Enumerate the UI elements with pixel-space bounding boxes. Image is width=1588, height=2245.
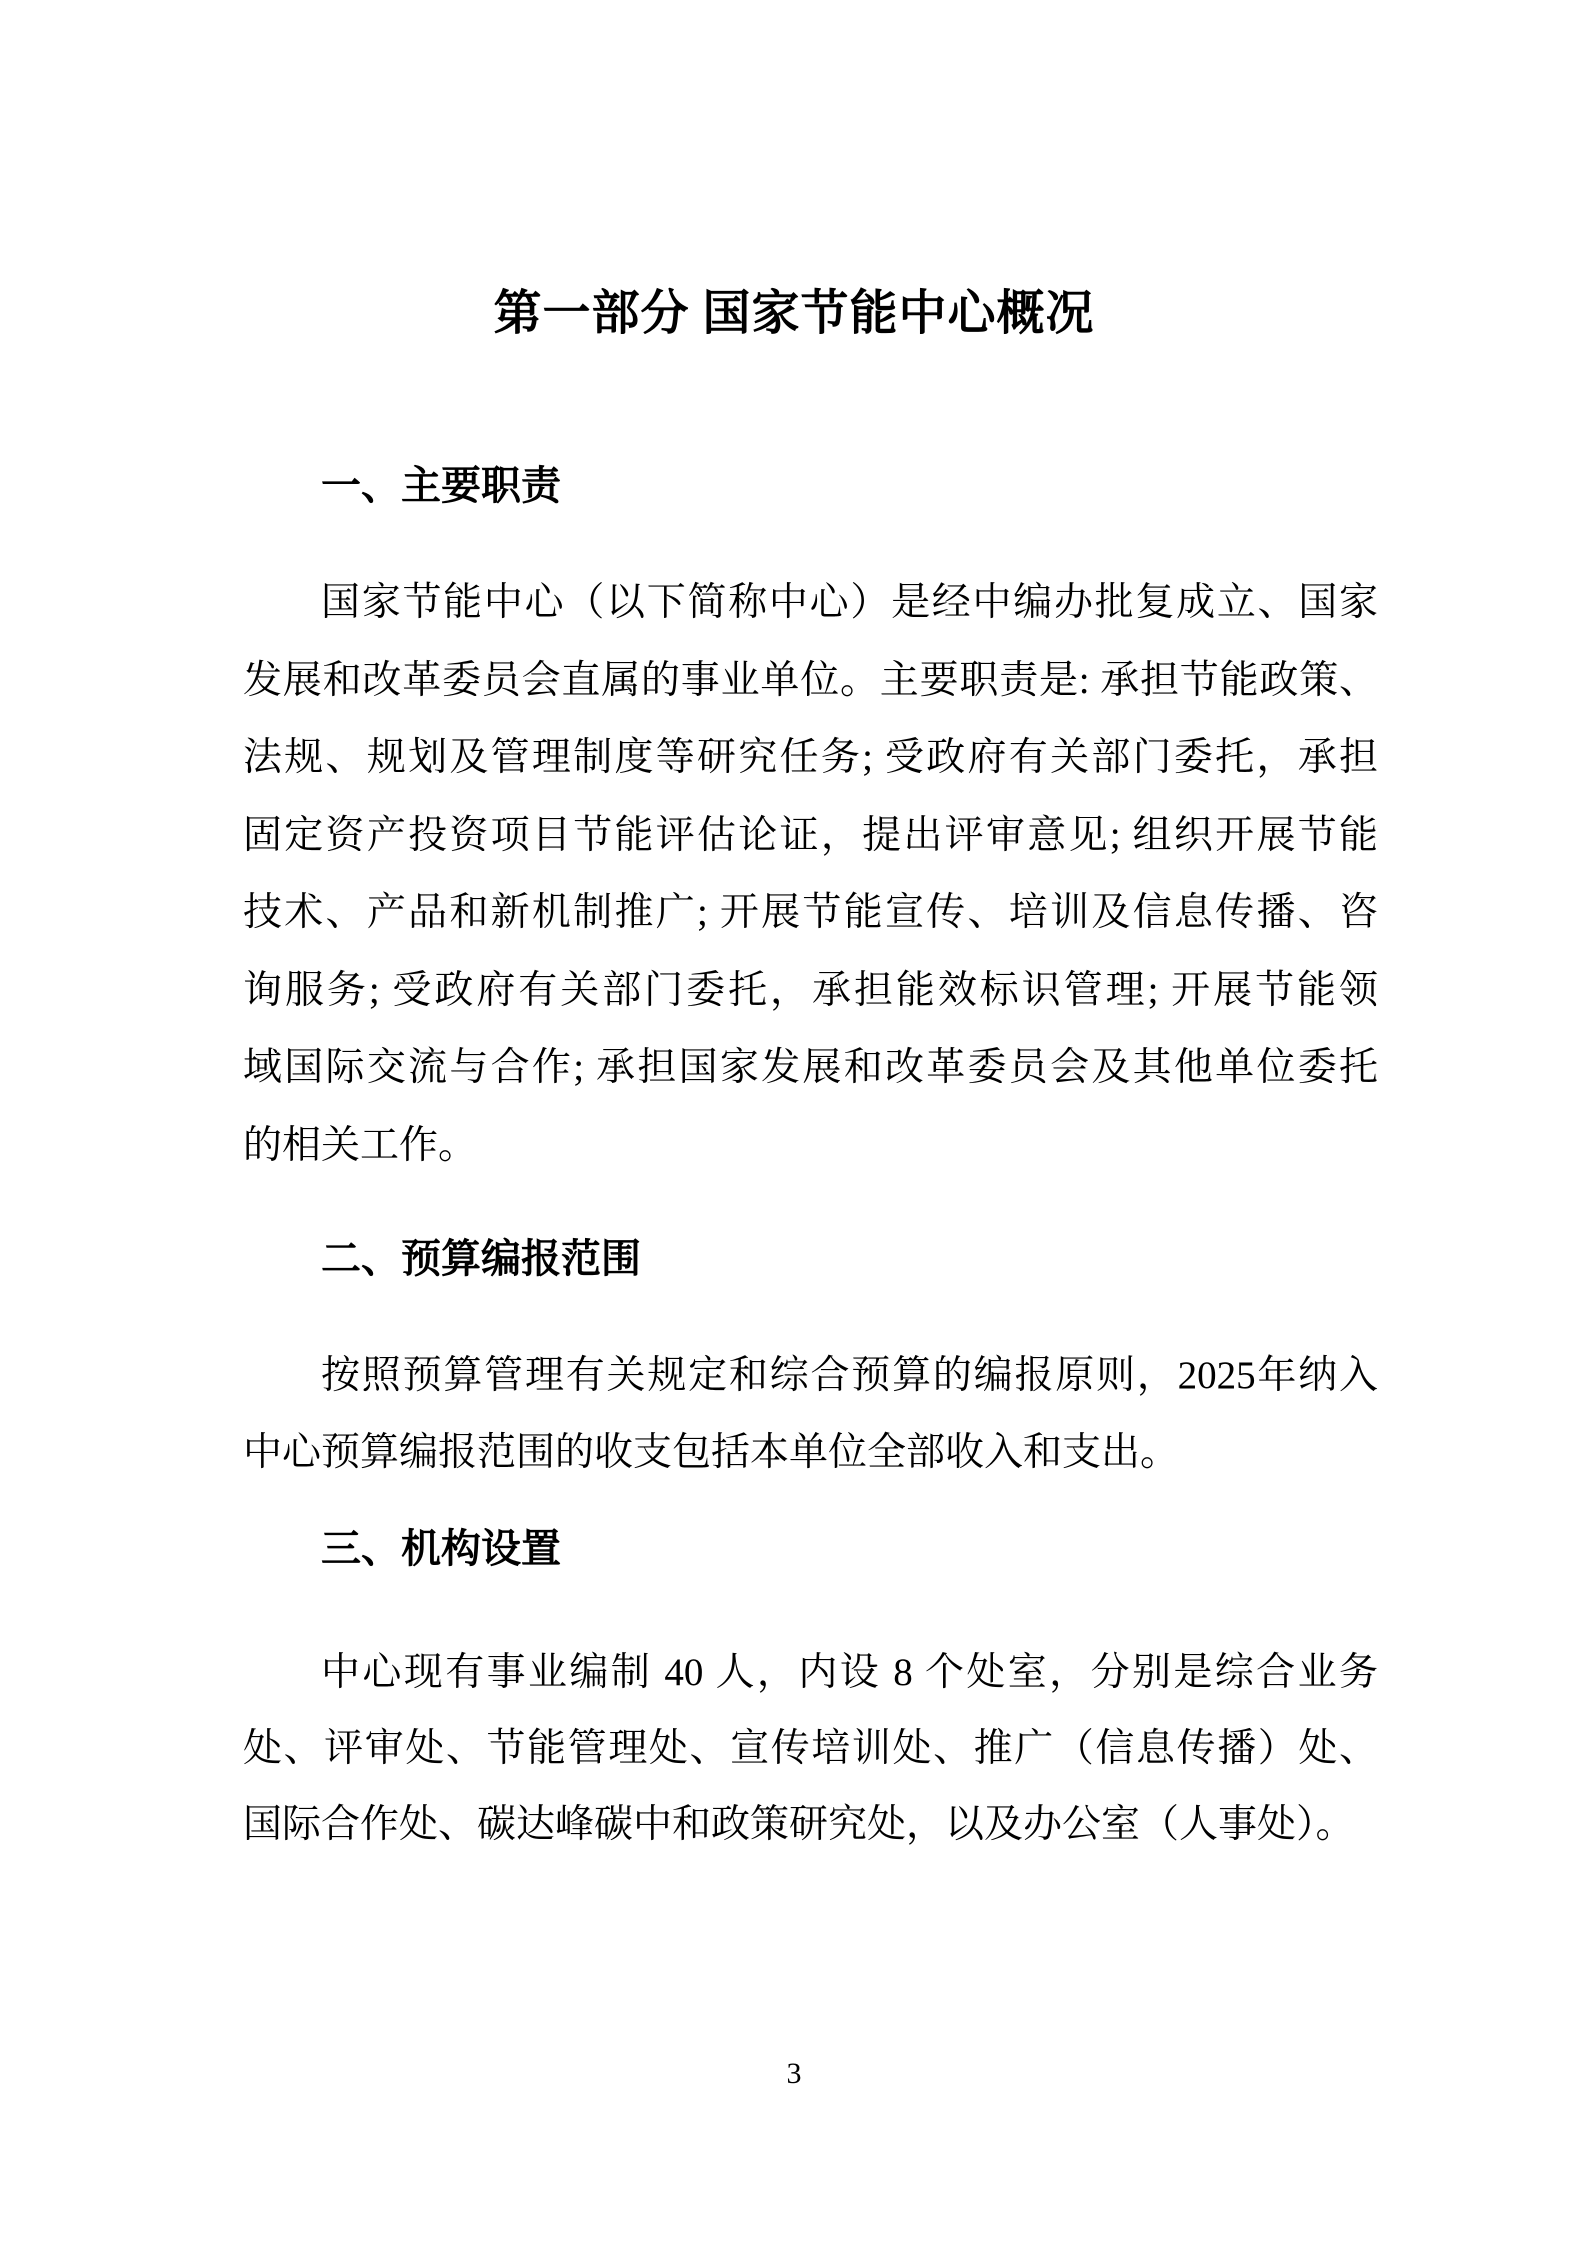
- document-title: 第一部分 国家节能中心概况: [0, 282, 1588, 346]
- body-line: 按照预算管理有关规定和综合预算的编报原则，2025年纳入: [243, 1337, 1378, 1415]
- body-line: 域国际交流与合作; 承担国家发展和改革委员会及其他单位委托: [243, 1029, 1378, 1107]
- body-line: 国际合作处、碳达峰碳中和政策研究处，以及办公室（人事处）。: [243, 1786, 1378, 1864]
- page-number: 3: [0, 2056, 1588, 2092]
- body-line: 处、评审处、节能管理处、宣传培训处、推广（信息传播）处、: [243, 1710, 1378, 1788]
- body-line: 询服务; 受政府有关部门委托，承担能效标识管理; 开展节能领: [243, 952, 1378, 1030]
- section-1-heading: 一、主要职责: [321, 458, 561, 514]
- body-line: 法规、规划及管理制度等研究任务; 受政府有关部门委托，承担: [243, 719, 1378, 797]
- section-3-heading: 三、机构设置: [321, 1521, 561, 1577]
- section-2-heading: 二、预算编报范围: [321, 1231, 641, 1287]
- body-line: 中心现有事业编制 40 人，内设 8 个处室，分别是综合业务: [243, 1634, 1378, 1712]
- body-line: 固定资产投资项目节能评估论证，提出评审意见; 组织开展节能: [243, 797, 1378, 875]
- document-page: 第一部分 国家节能中心概况 一、主要职责 国家节能中心（以下简称中心）是经中编办…: [0, 0, 1588, 2245]
- body-line: 技术、产品和新机制推广; 开展节能宣传、培训及信息传播、咨: [243, 874, 1378, 952]
- body-line: 中心预算编报范围的收支包括本单位全部收入和支出。: [243, 1414, 1378, 1492]
- body-line: 国家节能中心（以下简称中心）是经中编办批复成立、国家: [243, 564, 1378, 642]
- body-line: 发展和改革委员会直属的事业单位。主要职责是: 承担节能政策、: [243, 642, 1378, 720]
- body-line: 的相关工作。: [243, 1107, 1378, 1185]
